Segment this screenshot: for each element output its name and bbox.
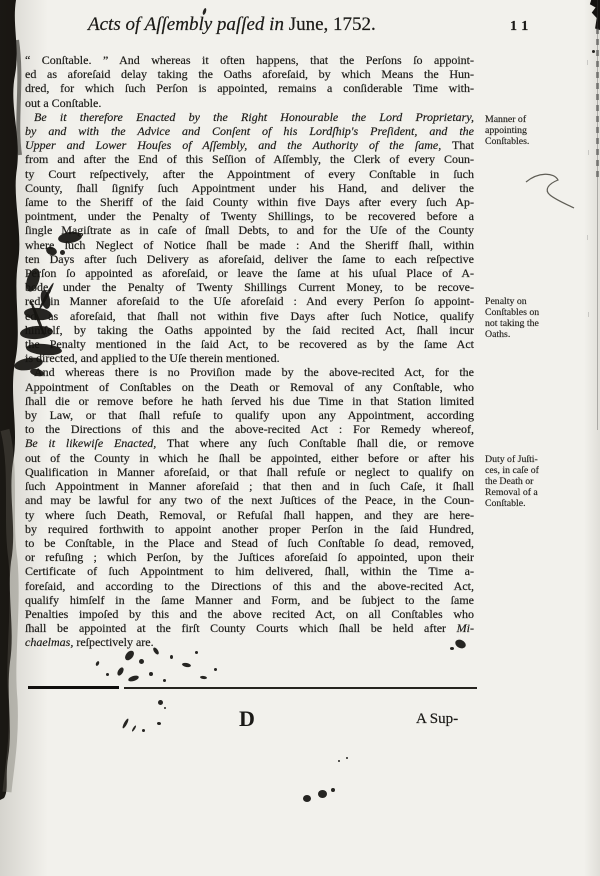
- margin-note-line: Conſtables on: [485, 307, 583, 318]
- ink-blot: [200, 676, 207, 680]
- scan-speck: [588, 312, 589, 317]
- text-line: by required forthwith to appoint another…: [25, 522, 474, 536]
- scan-speck: [587, 235, 588, 240]
- page-title-italic: Acts of Aſſembly paſſed in: [88, 14, 284, 35]
- text-line: And whereas there is no Proviſion made b…: [25, 365, 474, 379]
- ink-blot: [139, 659, 144, 664]
- text-line: Be it therefore Enacted by the Right Hon…: [25, 110, 474, 124]
- text-line: by Law, or that ſhall refuſe to qualify …: [25, 408, 474, 422]
- text-line: ten Days after ſuch Delivery as aforeſai…: [25, 252, 474, 266]
- pen-squiggle: [520, 168, 580, 213]
- text-line: Certificate of ſuch Appointment to him d…: [25, 564, 474, 578]
- margin-note-line: Conſtables.: [485, 136, 583, 147]
- margin-note-line: not taking the: [485, 318, 583, 329]
- text-line: ed as aforeſaid delay taking the Oaths a…: [25, 67, 474, 81]
- ink-blot: [592, 50, 595, 53]
- text-line: ſhall die or remove before he hath ſerve…: [25, 394, 474, 408]
- text-line: pointment, under the Penalty of Twenty S…: [25, 209, 474, 223]
- ink-blot: [95, 661, 100, 667]
- paragraph: Be it therefore Enacted by the Right Hon…: [25, 110, 474, 366]
- gutter-shadow: [0, 0, 28, 800]
- text-line: out of the County in which he ſhall be a…: [25, 451, 474, 465]
- text-line: to the Directions of this and the above-…: [25, 422, 474, 436]
- ink-blot: [214, 668, 217, 671]
- text-line: by and with the Advice and Conſent of hi…: [25, 124, 474, 138]
- margin-note-line: Manner of: [485, 114, 583, 125]
- text-line: Qualification in Manner aforeſaid, or th…: [25, 465, 474, 479]
- text-line: “ Conſtable. ” And whereas it often happ…: [25, 53, 474, 67]
- text-line: chaelmas, reſpectively are.: [25, 635, 474, 649]
- text-line: ſingle Magiſtrate as in caſe of ſmall De…: [25, 223, 474, 237]
- ink-blot: [127, 674, 139, 682]
- ink-blot: [106, 673, 109, 676]
- footer-rule-bold: [28, 686, 120, 689]
- text-line: ed as aforeſaid, that ſhall not within f…: [25, 309, 474, 323]
- text-line: Appointment of Conſtables on the Death o…: [25, 380, 474, 394]
- scanned-book-page: Acts of Aſſembly paſſed in June, 1752. 1…: [0, 0, 600, 876]
- margin-note-line: Penalty on: [485, 296, 583, 307]
- text-line: out a Conſtable.: [25, 96, 474, 110]
- signature-mark: D: [239, 706, 255, 732]
- text-line: himſelf, by taking the Oaths appointed b…: [25, 323, 474, 337]
- margin-note-line: Removal of a: [485, 487, 583, 498]
- ink-blot: [195, 651, 198, 654]
- text-line: ty Court reſpectively, after the Appoint…: [25, 167, 474, 181]
- text-line: ſame to the Sheriff of the ſaid County w…: [25, 195, 474, 209]
- text-line: qualify himſelf in the ſame Manner and F…: [25, 593, 474, 607]
- page-title-roman: June, 1752.: [289, 14, 376, 35]
- text-line: where ſuch Neglect of Notice ſhall be ma…: [25, 238, 474, 252]
- text-line: County, ſhall ſignify ſuch Appointment u…: [25, 181, 474, 195]
- text-line: Penalties impoſed by this and the above …: [25, 607, 474, 621]
- margin-note-line: appointing: [485, 125, 583, 136]
- ink-blot: [158, 700, 163, 705]
- paragraph: And whereas there is no Proviſion made b…: [25, 365, 474, 649]
- margin-note: Penalty onConſtables onnot taking theOat…: [485, 296, 583, 340]
- text-line: Upper and Lower Houſes of Aſſembly, and …: [25, 138, 474, 152]
- ink-blot: [338, 760, 340, 762]
- text-line: to be Conſtable, in the Place and Stead …: [25, 536, 474, 550]
- text-line: is directed, and applied to the Uſe ther…: [25, 351, 474, 365]
- ink-blot: [318, 790, 327, 798]
- text-line: Be it likewiſe Enacted, That where any ſ…: [25, 436, 474, 450]
- text-line: bode, under the Penalty of Twenty Shilli…: [25, 280, 474, 294]
- paragraph: “ Conſtable. ” And whereas it often happ…: [25, 53, 474, 110]
- ink-blot: [182, 662, 192, 668]
- page-number: 11: [510, 19, 533, 35]
- ink-blot: [331, 788, 335, 792]
- ink-blot: [303, 795, 311, 802]
- ink-blot: [163, 679, 166, 682]
- ink-blot: [157, 722, 161, 726]
- margin-note: Duty of Juſti-ces, in caſe ofthe Death o…: [485, 454, 583, 509]
- scan-edge-line: [597, 0, 598, 430]
- margin-note-line: ces, in caſe of: [485, 465, 583, 476]
- text-line: dred, for which ſuch Perſon is appointed…: [25, 81, 474, 95]
- text-line: red in Manner aforeſaid to the Uſe afore…: [25, 294, 474, 308]
- text-line: ſhall be appointed at the firſt County C…: [25, 621, 474, 635]
- text-line: ty where ſuch Death, Removal, or Refuſal…: [25, 508, 474, 522]
- margin-note-line: Duty of Juſti-: [485, 454, 583, 465]
- ink-blot: [164, 707, 166, 709]
- ink-blot: [346, 757, 348, 759]
- text-line: foreſaid, and according to the Direction…: [25, 579, 474, 593]
- catchword: A Sup-: [416, 711, 458, 728]
- ink-blot: [131, 725, 136, 732]
- margin-note-line: Conſtable.: [485, 498, 583, 509]
- scan-speck: [587, 60, 588, 65]
- text-line: from and after the End of this Seſſion o…: [25, 152, 474, 166]
- text-line: the Penalty mentioned in the ſaid Act, t…: [25, 337, 474, 351]
- body-text: “ Conſtable. ” And whereas it often happ…: [25, 53, 474, 650]
- margin-note: Manner ofappointingConſtables.: [485, 114, 583, 147]
- ink-blot: [149, 672, 153, 676]
- page-title: Acts of Aſſembly paſſed in June, 1752.: [88, 14, 376, 36]
- ink-blot: [116, 666, 125, 676]
- ink-blot: [122, 718, 130, 729]
- ink-blot: [142, 729, 145, 732]
- text-line: ſuch Appointment in Manner aforeſaid ; t…: [25, 479, 474, 493]
- footer-rule-gap: [119, 686, 124, 690]
- text-line: Perſon ſo appointed as aforeſaid, or lea…: [25, 266, 474, 280]
- margin-note-line: Oaths.: [485, 329, 583, 340]
- text-line: or refuſing ; which Perſon, by the Juſti…: [25, 550, 474, 564]
- text-line: and may be lawful for any two of the nex…: [25, 493, 474, 507]
- scan-edge-corner: [589, 0, 600, 30]
- scan-speck: [588, 150, 589, 155]
- margin-note-line: the Death or: [485, 476, 583, 487]
- ink-blot: [123, 649, 135, 662]
- ink-blot: [170, 655, 173, 659]
